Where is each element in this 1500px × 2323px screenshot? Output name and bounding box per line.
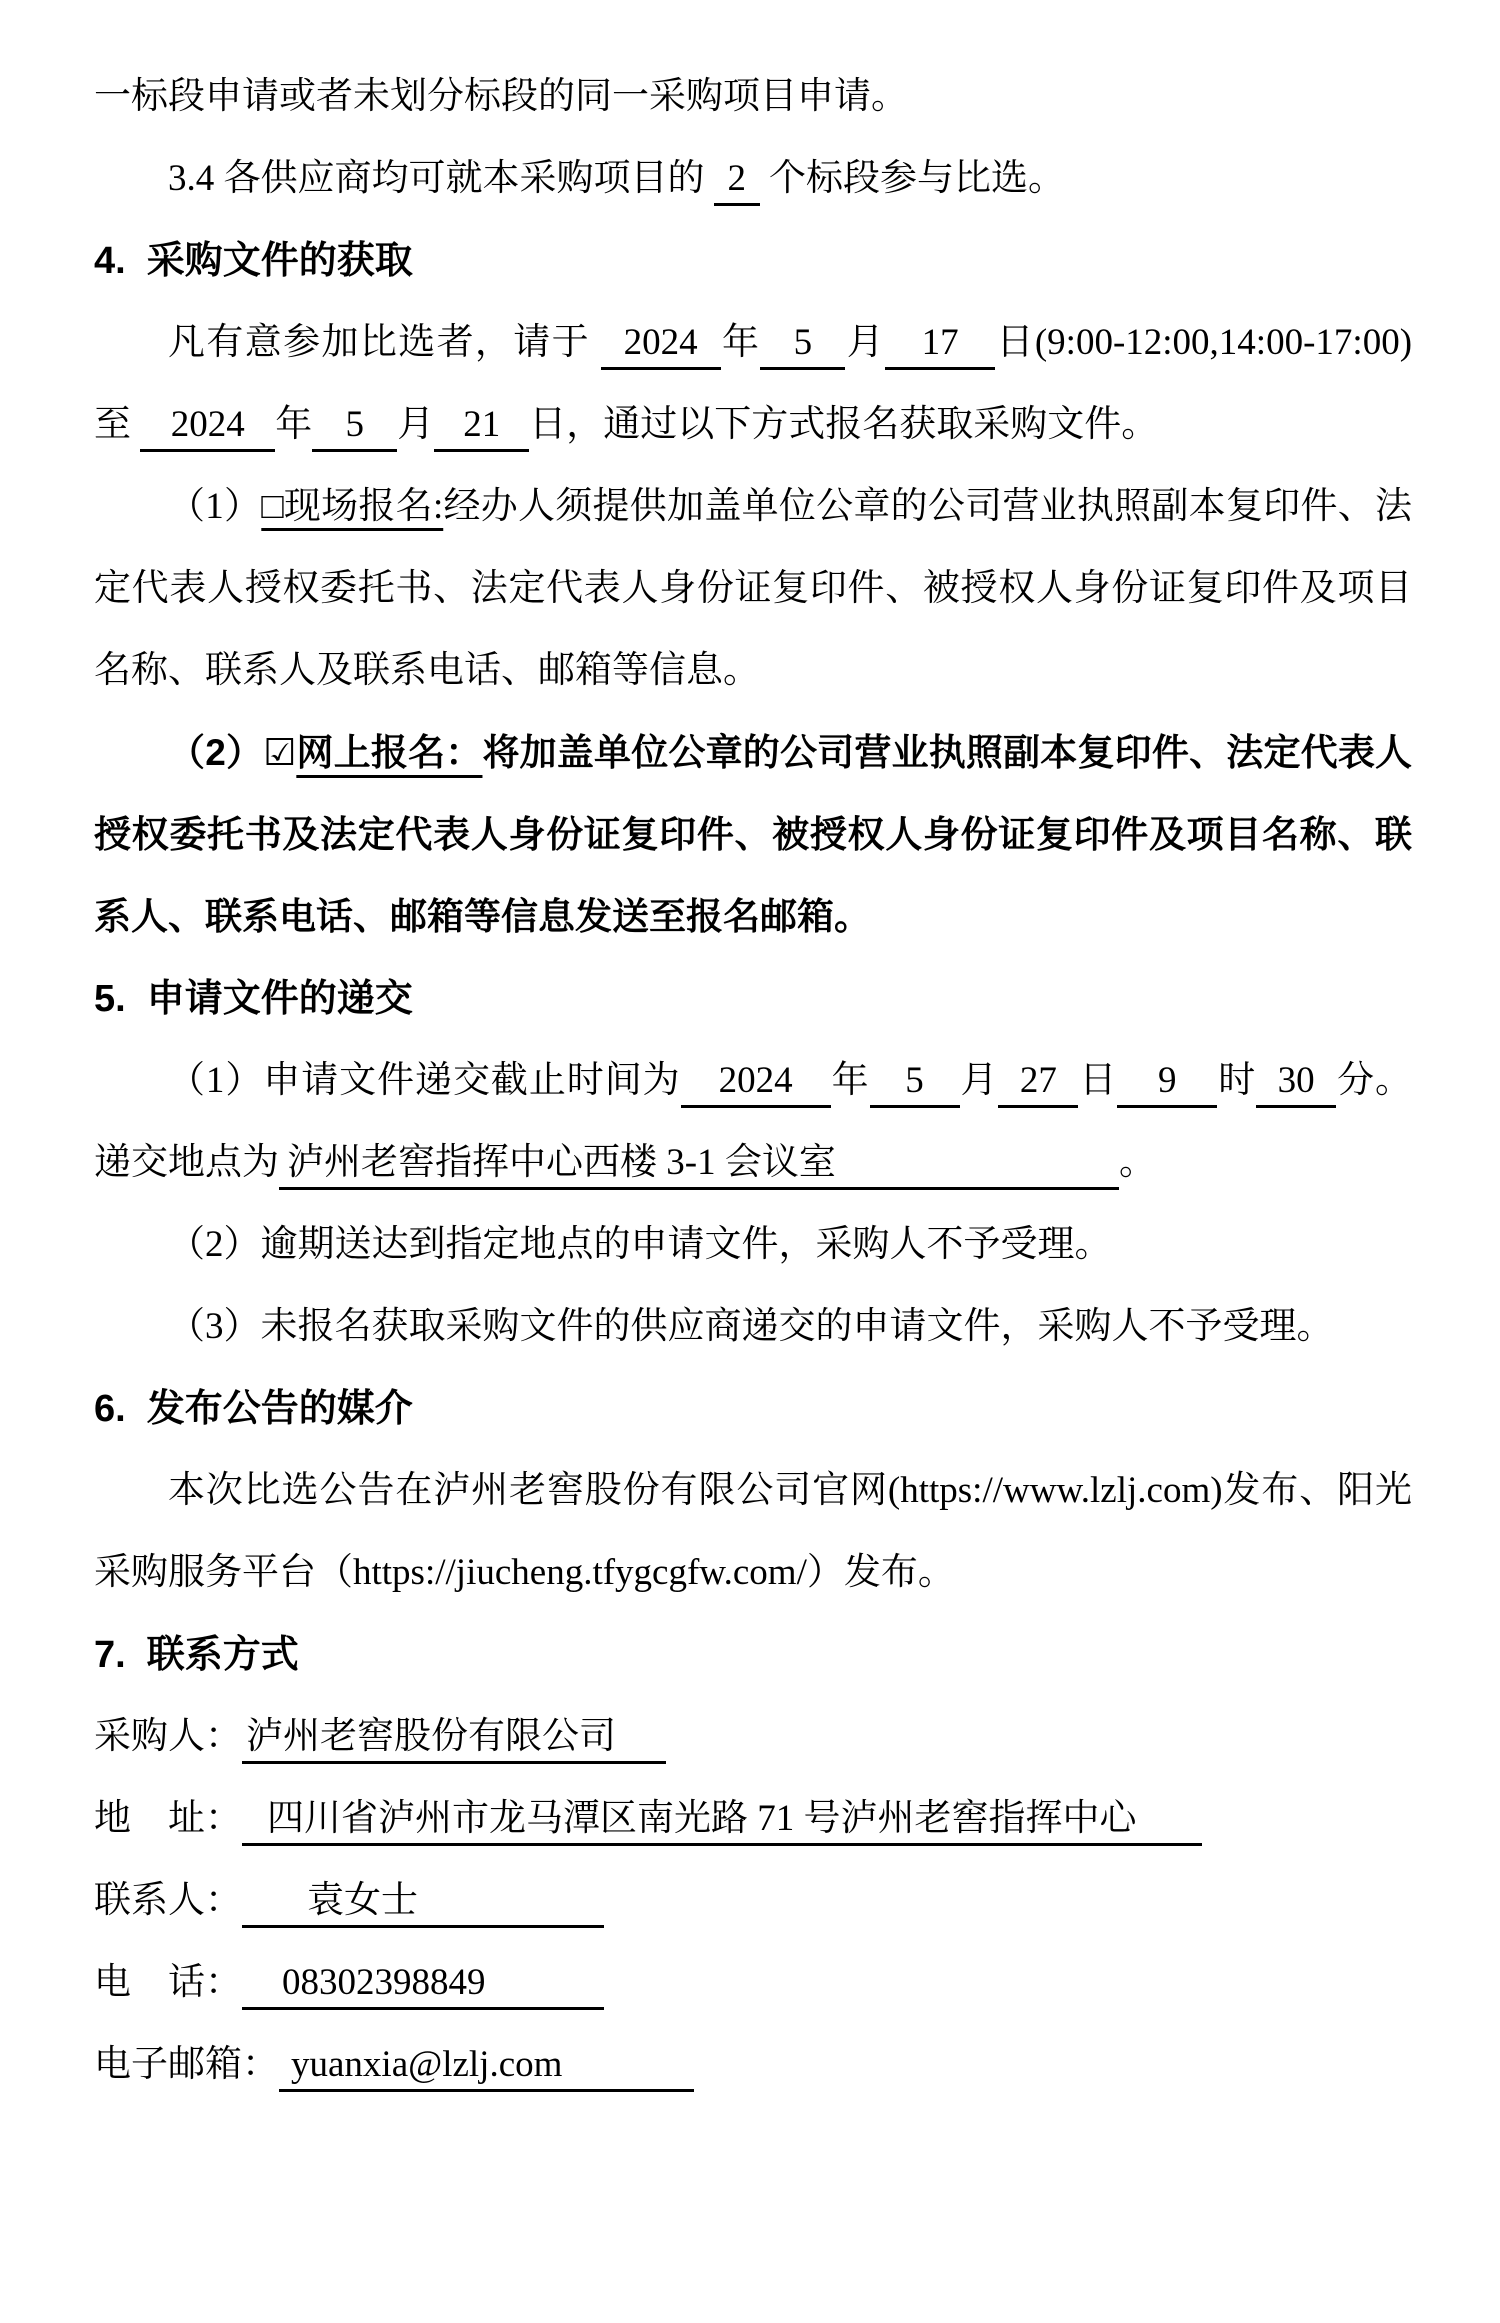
contact-row-person: 联系人：袁女士 — [94, 1860, 1412, 1942]
blank-deadline-minute: 30 — [1256, 1057, 1336, 1108]
email-label: 电子邮箱： — [94, 2044, 279, 2085]
paragraph-unregistered-submission: （3）未报名获取采购文件的供应商递交的申请文件，采购人不予受理。 — [94, 1286, 1412, 1368]
blank-start-year: 2024 — [601, 319, 721, 370]
phone-value: 08302398849 — [242, 1959, 604, 2010]
contact-row-phone: 电 话：08302398849 — [94, 1942, 1412, 2024]
deadline-unit-hour: 时 — [1217, 1060, 1256, 1101]
carryover-text: 一标段申请或者未划分标段的同一采购项目申请。 — [94, 76, 908, 117]
obtain-unit-year-1: 年 — [721, 322, 761, 363]
unregistered-submission-text: （3）未报名获取采购文件的供应商递交的申请文件，采购人不予受理。 — [168, 1306, 1334, 1347]
contact-person-value: 袁女士 — [242, 1877, 604, 1928]
blank-deadline-month: 5 — [870, 1057, 960, 1108]
contact-row-email: 电子邮箱：yuanxia@lzlj.com — [94, 2024, 1412, 2106]
clause-3-4-tail: 个标段参与比选。 — [760, 158, 1065, 199]
deadline-unit-year: 年 — [831, 1060, 870, 1101]
address-value: 四川省泸州市龙马潭区南光路 71 号泸州老窖指挥中心 — [242, 1795, 1202, 1846]
blank-start-day: 17 — [885, 319, 995, 370]
obtain-unit-year-2: 年 — [275, 404, 312, 445]
blank-deadline-year: 2024 — [681, 1057, 831, 1108]
heading-section-6: 6. 发布公告的媒介 — [94, 1368, 1412, 1450]
phone-label: 电 话： — [94, 1962, 242, 2003]
contact-row-buyer: 采购人：泸州老窖股份有限公司 — [94, 1696, 1412, 1778]
blank-end-year: 2024 — [140, 401, 275, 452]
blank-stage-count: 2 — [714, 155, 760, 206]
document-page: 一标段申请或者未划分标段的同一采购项目申请。 3.4 各供应商均可就本采购项目的… — [0, 0, 1500, 2323]
deadline-unit-day: 日 — [1078, 1060, 1117, 1101]
deadline-period: 。 — [1119, 1142, 1156, 1183]
obtain-text-tail: 日，通过以下方式报名获取采购文件。 — [529, 404, 1158, 445]
buyer-label: 采购人： — [94, 1716, 242, 1757]
blank-deadline-day: 27 — [998, 1057, 1078, 1108]
blank-end-day: 21 — [434, 401, 529, 452]
contact-person-label: 联系人： — [94, 1880, 242, 1921]
obtain-unit-month-2: 月 — [397, 404, 434, 445]
clause-3-4: 3.4 各供应商均可就本采购项目的 2 个标段参与比选。 — [94, 138, 1412, 220]
blank-end-month: 5 — [312, 401, 397, 452]
paragraph-onsite-registration: （1）□现场报名:经办人须提供加盖单位公章的公司营业执照副本复印件、法定代表人授… — [94, 466, 1412, 712]
obtain-unit-month-1: 月 — [845, 322, 885, 363]
paragraph-submission-deadline: （1）申请文件递交截止时间为2024年5月27日9时30分。递交地点为泸州老窖指… — [94, 1040, 1412, 1204]
blank-start-month: 5 — [760, 319, 845, 370]
paragraph-carryover: 一标段申请或者未划分标段的同一采购项目申请。 — [94, 56, 1412, 138]
email-value: yuanxia@lzlj.com — [279, 2041, 694, 2092]
paragraph-announcement-media: 本次比选公告在泸州老窖股份有限公司官网(https://www.lzlj.com… — [94, 1450, 1412, 1614]
online-label: 网上报名： — [296, 732, 482, 773]
paragraph-late-submission: （2）逾期送达到指定地点的申请文件，采购人不予受理。 — [94, 1204, 1412, 1286]
online-number: （2） — [168, 732, 263, 773]
heading-section-5: 5. 申请文件的递交 — [94, 958, 1412, 1040]
deadline-text: （1）申请文件递交截止时间为 — [168, 1060, 681, 1101]
heading-section-7: 7. 联系方式 — [94, 1614, 1412, 1696]
late-submission-text: （2）逾期送达到指定地点的申请文件，采购人不予受理。 — [168, 1224, 1112, 1265]
buyer-value: 泸州老窖股份有限公司 — [242, 1713, 666, 1764]
blank-submission-venue: 泸州老窖指挥中心西楼 3-1 会议室 — [279, 1139, 1119, 1190]
obtain-text-1: 凡有意参加比选者，请于 — [168, 322, 601, 363]
announcement-media-text: 本次比选公告在泸州老窖股份有限公司官网(https://www.lzlj.com… — [94, 1470, 1412, 1593]
onsite-checkbox-label: □现场报名: — [261, 486, 443, 527]
deadline-unit-month: 月 — [960, 1060, 999, 1101]
paragraph-obtain-documents: 凡有意参加比选者，请于 2024年5月17日(9:00-12:00,14:00-… — [94, 302, 1412, 466]
heading-section-4: 4. 采购文件的获取 — [94, 220, 1412, 302]
onsite-number: （1） — [168, 486, 261, 527]
clause-3-4-text: 3.4 各供应商均可就本采购项目的 — [168, 158, 714, 199]
contact-row-address: 地 址：四川省泸州市龙马潭区南光路 71 号泸州老窖指挥中心 — [94, 1778, 1412, 1860]
blank-deadline-hour: 9 — [1117, 1057, 1217, 1108]
address-label: 地 址： — [94, 1798, 242, 1839]
checked-checkbox-icon: ☑ — [263, 732, 296, 773]
paragraph-online-registration: （2）☑网上报名：将加盖单位公章的公司营业执照副本复印件、法定代表人授权委托书及… — [94, 712, 1412, 958]
